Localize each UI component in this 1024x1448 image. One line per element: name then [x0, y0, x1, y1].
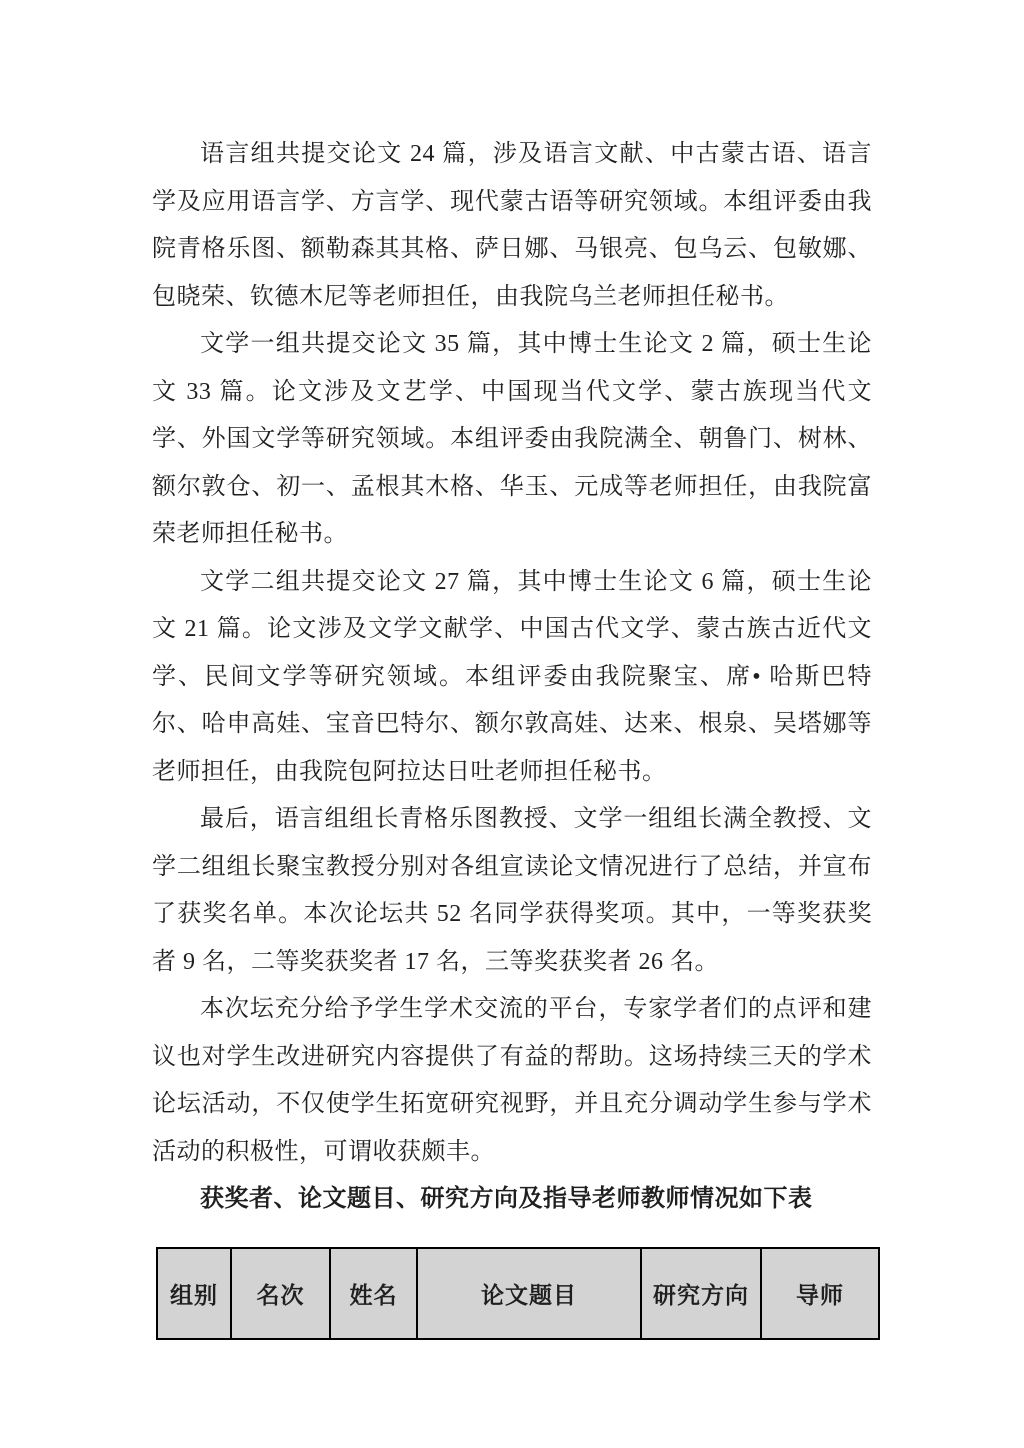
column-header-group: 组别 — [157, 1248, 231, 1339]
document-page: 语言组共提交论文 24 篇，涉及语言文献、中古蒙古语、语言学及应用语言学、方言学… — [0, 0, 1024, 1448]
paragraph-literature-group-1: 文学一组共提交论文 35 篇，其中博士生论文 2 篇，硕士生论文 33 篇。论文… — [152, 321, 872, 559]
column-header-paper-title: 论文题目 — [417, 1248, 641, 1339]
paragraph-language-group: 语言组共提交论文 24 篇，涉及语言文献、中古蒙古语、语言学及应用语言学、方言学… — [152, 131, 872, 321]
paragraph-literature-group-2: 文学二组共提交论文 27 篇，其中博士生论文 6 篇，硕士生论文 21 篇。论文… — [152, 559, 872, 797]
awards-table: 组别 名次 姓名 论文题目 研究方向 导师 — [156, 1247, 880, 1340]
paragraph-closing-remarks: 本次坛充分给予学生学术交流的平台，专家学者们的点评和建议也对学生改进研究内容提供… — [152, 986, 872, 1176]
column-header-advisor: 导师 — [761, 1248, 879, 1339]
table-caption: 获奖者、论文题目、研究方向及指导老师教师情况如下表 — [152, 1176, 872, 1224]
document-body: 语言组共提交论文 24 篇，涉及语言文献、中古蒙古语、语言学及应用语言学、方言学… — [152, 131, 872, 1340]
column-header-research-direction: 研究方向 — [641, 1248, 761, 1339]
column-header-rank: 名次 — [231, 1248, 330, 1339]
paragraph-awards-summary: 最后，语言组组长青格乐图教授、文学一组组长满全教授、文学二组组长聚宝教授分别对各… — [152, 796, 872, 986]
awards-table-header-row: 组别 名次 姓名 论文题目 研究方向 导师 — [157, 1248, 879, 1339]
column-header-name: 姓名 — [330, 1248, 417, 1339]
